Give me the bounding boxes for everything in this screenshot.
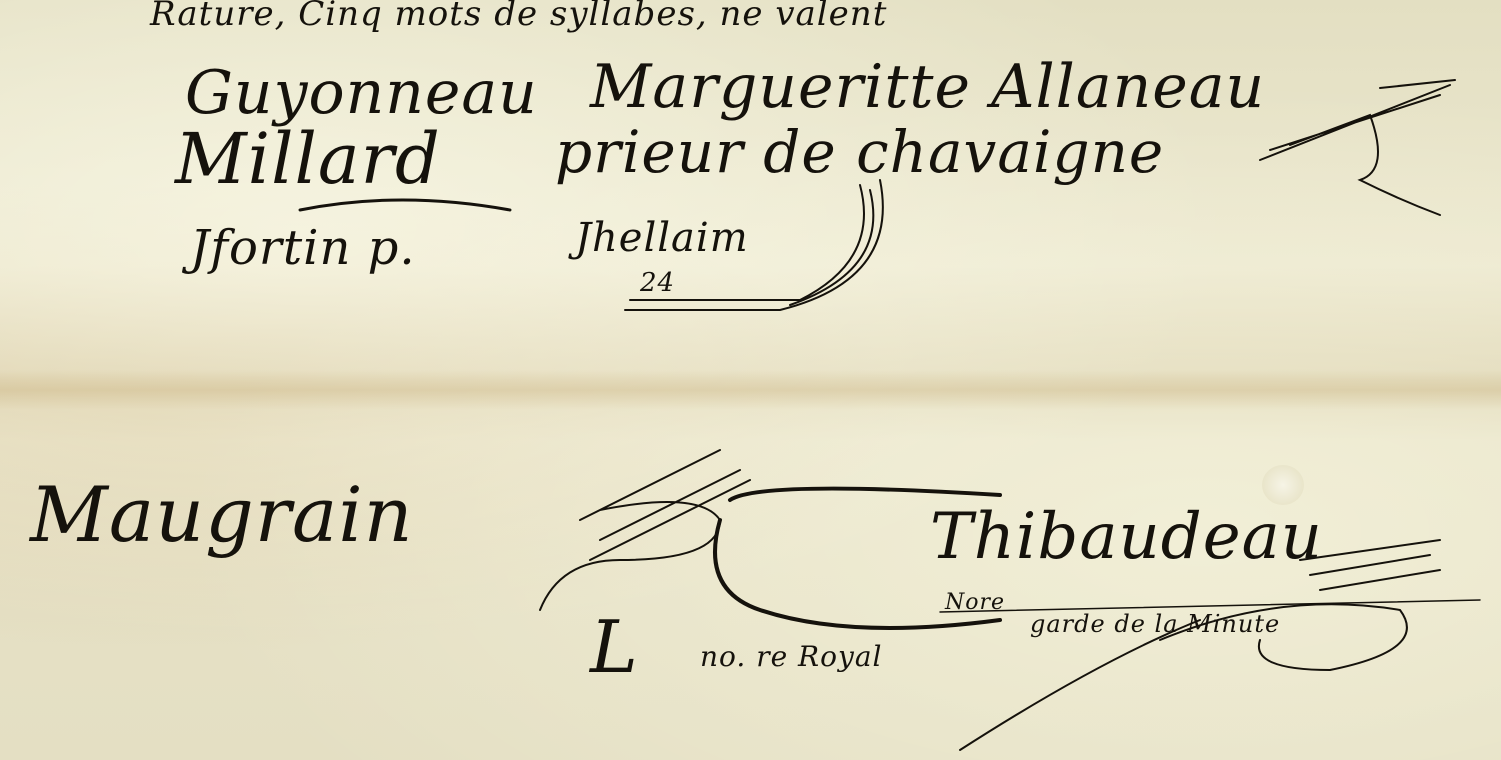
prieur-title: prieur de chavaigne (555, 118, 1164, 186)
number-annotation: 24 (640, 268, 675, 298)
paper-fold-stain (0, 370, 1501, 410)
signature-hellaim: Jhellaim (575, 215, 749, 261)
note-nore: Nore (945, 590, 1005, 615)
signature-fortin: Jfortin p. (190, 220, 416, 276)
note-garde-minute: garde de la Minute (1030, 610, 1280, 638)
signature-thibaudeau: Thibaudeau (930, 500, 1323, 574)
top-partial-line: Rature, Cinq mots de syllabes, ne valent (150, 0, 887, 34)
signature-allaneau: Margueritte Allaneau (590, 52, 1265, 122)
paper-blemish (1262, 465, 1304, 505)
manuscript-page: Rature, Cinq mots de syllabes, ne valent… (0, 0, 1501, 760)
signature-millard: Millard (175, 118, 441, 200)
monogram: L (590, 605, 639, 689)
signature-maugrain: Maugrain (30, 470, 414, 559)
note-royal: no. re Royal (700, 640, 882, 673)
